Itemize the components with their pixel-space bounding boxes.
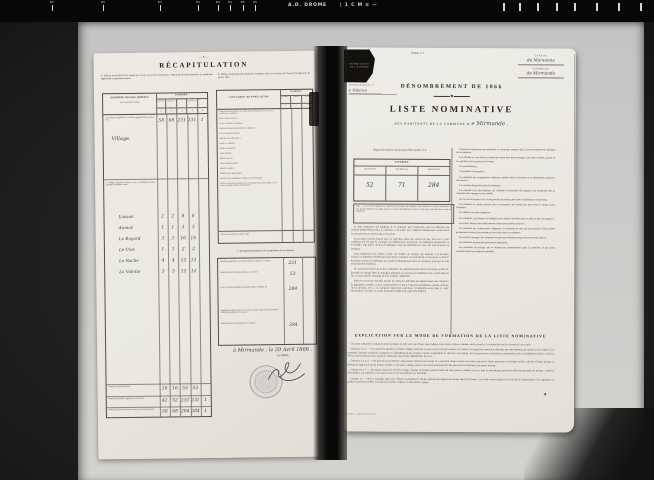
- ruler-tick-label: B2: [50, 1, 54, 4]
- explication-paragraphs: Les noms sont portés à raison de trente …: [347, 342, 554, 410]
- ruler-tick-mark: [198, 5, 199, 11]
- paragraph: Colonne 13. — On fera connaître dans cet…: [347, 377, 554, 385]
- category-row: Maisons centrales: [218, 167, 280, 170]
- ruler-tick-mark: [230, 5, 231, 11]
- table-c-caption: C. Récapitulation générale de la populat…: [220, 249, 312, 253]
- gutter-notch: [309, 92, 319, 126]
- maisons-count: 52: [354, 175, 386, 200]
- paragraph: Les membres des communautés religieuses,…: [456, 227, 555, 234]
- table-a-column-numbers: 1 2 3 4 5: [156, 107, 207, 115]
- ruler-tick-mark: [596, 3, 598, 11]
- ruler-tick-label: H2: [101, 1, 105, 4]
- paragraph: Les individus exerçant des professions a…: [456, 241, 555, 245]
- category-row: Militaires de tous grades et de toutes a…: [217, 110, 279, 116]
- table-c-row: Total général de la population de la com…: [219, 322, 316, 326]
- ruler-tick-mark: [618, 3, 620, 11]
- category-row: Détenus dans les :: [218, 157, 280, 160]
- left-page: — 8 — RÉCAPITULATION A. Tableau récapitu…: [94, 51, 320, 460]
- hamlet-name: Lauzas: [118, 214, 133, 219]
- paragraph: Cette distinction sera établie à l'aide …: [351, 253, 449, 267]
- table-c-row-value: 284: [284, 287, 301, 292]
- paragraph: Enfin ne seront pas non plus inscrits le…: [351, 280, 449, 294]
- table-b-categories: CATÉGORIES DE POPULATION NOMBRE HOMMES F…: [216, 89, 315, 244]
- row1-value: 231: [187, 118, 197, 123]
- ruler-tick: H5: [247, 1, 263, 11]
- page-stack-edge: [574, 54, 576, 414]
- row1-value: 58: [156, 118, 166, 123]
- table-c-row-value: 53: [284, 272, 301, 277]
- right-page: DÉPARTEMENT DE LA DROME ARRONDISSEMENT D…: [344, 47, 576, 432]
- category-row: Individus recueillis dans les :: [218, 137, 280, 140]
- ruler-tick-mark: [519, 3, 521, 11]
- right-column-text: D'après les explications qui précèdent, …: [456, 148, 556, 333]
- category-row: Hospices et hôpitaux: [218, 142, 280, 145]
- census-title: DÉNOMBREMENT DE 1866: [346, 83, 558, 90]
- ruler-tick-mark: [574, 3, 576, 11]
- hamlet-name: La Roche: [119, 258, 139, 263]
- liste-nominative-title: LISTE NOMINATIVE: [346, 103, 558, 114]
- category-row: Asiles d'aliénés: [218, 152, 280, 155]
- category-row: Lycées et collèges communaux: [217, 122, 279, 125]
- total-label: Total de la population éparse: [109, 386, 158, 389]
- category-row: Élèves internes dans les :: [217, 117, 279, 120]
- nombre-values: 52 71 284: [354, 175, 449, 200]
- paragraph: La liste nominative des habitants de la …: [351, 225, 449, 235]
- table-b-header-label: CATÉGORIES DE POPULATION: [217, 96, 280, 99]
- ruler-tick-mark: [103, 5, 104, 11]
- village-annotation: Village.: [112, 136, 131, 142]
- table-c-row-value: 284: [285, 323, 302, 328]
- ruler-tick-mark: [218, 5, 219, 11]
- paragraph: Les noms sont portés à raison de trente …: [347, 342, 554, 346]
- table-c-row-value: 231: [284, 261, 301, 266]
- category-row: Ouvriers réunis momentanément sur les ch…: [218, 182, 280, 188]
- rappel-caption: Rappel des chiffres inscrits dans l'État…: [351, 148, 448, 152]
- paragraph: Seront donc inscrits d'abord tous les in…: [351, 237, 449, 251]
- form-model-label: Modèle n° 4.: [396, 52, 440, 55]
- paragraph: Ne seront pas inscrits sur la liste nomi…: [351, 268, 449, 278]
- paragraph: Les pupilles des hospices ;: [456, 170, 555, 174]
- category-row: Maisons d'éducation particulières et sém…: [217, 127, 279, 130]
- ruler-tick: H2: [95, 1, 111, 11]
- hamlet-name: Le Bayard: [119, 236, 141, 241]
- table-a-header: QUARTIERS, VILLAGES, HAMEAUX DÉSIGNATION…: [103, 93, 207, 115]
- department-name: DE LA DROME: [350, 67, 369, 69]
- ruler-tick-mark: [243, 5, 244, 11]
- section2-label: 2° Villages, hameaux, quartiers, fermes …: [106, 182, 155, 188]
- ruler-tick-mark: [52, 5, 53, 11]
- ruler-tick-mark: [160, 5, 161, 11]
- paragraph: Les élèves internes des établissements d…: [456, 222, 555, 226]
- ruler-tick: B3: [152, 1, 168, 11]
- left-column-text: La liste nominative des habitants de la …: [351, 225, 450, 332]
- paragraph: Les officiers et sous-officiers mariés q…: [456, 156, 555, 163]
- table-c-row-label: Population éparse (d'après le tableau A …: [218, 271, 282, 274]
- column-divider: [451, 148, 453, 334]
- table-c-rows: Population agglomérée au chef-lieu (d'ap…: [218, 260, 316, 343]
- ornament-rule: [432, 95, 472, 98]
- total-label: Total de la population agglomérée au che…: [109, 397, 158, 400]
- category-row: Membres des congrégations religieuses (c…: [218, 177, 280, 180]
- table-a-totals: Total de la population éparse 16 16 53 5…: [107, 383, 211, 419]
- table-b-total-row: Total de la population comptée à part: [219, 230, 314, 243]
- nombre-column-labels: DE MAISONS DE MÉNAGES D'HABITANTS: [354, 166, 449, 175]
- page-number: — 8 —: [186, 55, 222, 59]
- table-c-row-label: Total, formant la population municipale …: [218, 286, 282, 289]
- nombre-summary-table: NOMBRE DE MAISONS DE MÉNAGES D'HABITANTS…: [353, 158, 450, 202]
- hamlet-name: Aumas: [119, 225, 133, 230]
- row1-value: 1: [197, 118, 207, 123]
- ruler-tick-label: H5: [253, 1, 257, 4]
- ruler-tick-mark: [255, 5, 256, 11]
- printer-imprint: Versailles. — Imprimerie Cerf et fils.: [346, 413, 376, 415]
- ruler-tick-label: B4: [216, 1, 220, 4]
- category-row: Établissements pénitentiaires: [218, 172, 280, 175]
- ruler-tick-mark: [556, 3, 558, 11]
- scale-label: | 1 C M ≡ —: [340, 3, 377, 8]
- paragraph: Les personnes de passage, qui ne résiden…: [456, 246, 555, 253]
- pointing-hand-icon: ☛: [543, 392, 546, 396]
- row1-value: 231: [177, 118, 187, 123]
- paragraph: D'après les explications qui précèdent, …: [456, 148, 555, 155]
- intro-paragraph-b: B. Tableau récapitulatif des populations…: [218, 73, 310, 80]
- table-c-row-label: Population comptée à part, en exécution …: [219, 309, 283, 315]
- table-a-population: QUARTIERS, VILLAGES, HAMEAUX DÉSIGNATION…: [102, 92, 212, 418]
- ruler-tick-label: H3: [196, 1, 200, 4]
- category-row: Dépôts de mendicité: [218, 147, 280, 150]
- department-corner-block: DÉPARTEMENT DE LA DROME: [344, 49, 375, 82]
- microfilm-scan: B2 H2 B3 H3 B4: [0, 0, 654, 480]
- category-row: Écoles normales primaires: [218, 132, 280, 135]
- nota-box: Nota. — Il y a lieu de rappeler ici la d…: [353, 203, 454, 224]
- commune-handwriting: de Mirmande: [514, 70, 568, 75]
- film-ruler: B2 H2 B3 H3 B4: [0, 0, 654, 22]
- table-a-header-sub: DÉSIGNATION ET NOM: [103, 101, 156, 104]
- menages-count: 71: [386, 176, 418, 201]
- category-row: Prisons départementales: [218, 162, 280, 165]
- habitants-count: 284: [418, 176, 449, 201]
- department-label: DÉPARTEMENT: [349, 63, 369, 65]
- paragraph: Les membres des congrégations religieuse…: [456, 175, 555, 182]
- explication-heading: EXPLICATION SUR LE MODE DE FORMATION DE …: [344, 333, 556, 338]
- table-c-row: Total, formant la population municipale …: [218, 286, 315, 310]
- row1-value: 68: [167, 118, 177, 123]
- ruler-tick-label: H4: [228, 1, 232, 4]
- ruler-tick-mark: [640, 3, 642, 11]
- total-row: Total général de la population inscrite …: [107, 406, 211, 419]
- paragraph: Les vieillards, les infirmes, les indige…: [456, 217, 555, 221]
- paragraph: Les ouvriers étrangers à la commune occu…: [456, 236, 555, 240]
- canton-commune-block: CANTON de Marsanne COMMUNE de Mirmande: [514, 55, 568, 81]
- total-label: Total général de la population inscrite …: [109, 409, 158, 412]
- category-rows: Militaires de tous grades et de toutes a…: [217, 110, 280, 229]
- hamlet-row: La Valette 5 5 12 12: [105, 267, 209, 279]
- hamlet-name: Le Clos: [119, 247, 135, 252]
- commune-name-handwriting: e Mirmande .: [471, 121, 508, 127]
- paragraph: On va voir les moyens mis à la dispositi…: [456, 198, 555, 202]
- table-c-recapitulation: Population agglomérée au chef-lieu (d'ap…: [217, 257, 317, 346]
- ruler-tick-label: B5: [241, 1, 245, 4]
- row1-label: 1° Population agglomérée au chef-lieu (a…: [105, 117, 154, 123]
- paragraph: Colonnes 3, 4 et 5. — On procédera par n…: [347, 360, 554, 368]
- table-a-header-label: QUARTIERS, VILLAGES, HAMEAUX: [103, 97, 156, 101]
- paragraph: Colonnes 6 et 7. — On inscrira d'abord l…: [347, 368, 554, 376]
- table-c-row: Population comptée à part, en exécution …: [219, 309, 316, 323]
- ruler-tick-mark: [537, 3, 539, 11]
- archive-agency-label: A.D. DROME: [288, 3, 327, 8]
- ruler-tick-mark: [503, 3, 505, 11]
- hamlet-name: La Valette: [119, 269, 140, 274]
- paragraph: Les sommes domiciliées dans la commune ;: [456, 184, 555, 188]
- table-c-row-label: Population agglomérée au chef-lieu (d'ap…: [218, 260, 282, 263]
- paragraph: Les malades civils des hôpitaux, les vie…: [456, 189, 555, 196]
- recapitulation-title: RÉCAPITULATION: [99, 60, 309, 71]
- paragraph: Les pensionnaires ;: [456, 165, 555, 169]
- canton-handwriting: de Marsanne: [514, 57, 568, 62]
- table-c-row-label: Total général de la population de la com…: [219, 322, 283, 325]
- ruler-tick: H3: [190, 1, 206, 11]
- ruler-tick: B2: [44, 1, 60, 11]
- paragraph: Les militaires et marins présents dans l…: [456, 203, 555, 210]
- ruler-tick-label: B3: [158, 1, 162, 4]
- intro-paragraph-a: A. Tableau récapitulatif de la populatio…: [101, 74, 213, 82]
- place-date-handwriting: à Mirmande , le 20 Avril 1866 .: [233, 347, 312, 354]
- paragraph: Les détenus de toutes catégories ;: [456, 211, 555, 215]
- paragraph: Colonnes 1 et 2. — Les noms des quartier…: [347, 348, 554, 359]
- hamlet-rows: Lauzas 2 2 8 8 Aumas 1 1 3 3: [104, 212, 209, 279]
- table-c-row: Population éparse (d'après le tableau A …: [218, 271, 315, 287]
- subtitle: DES HABITANTS DE LA COMMUNE D e Mirmande…: [346, 120, 558, 127]
